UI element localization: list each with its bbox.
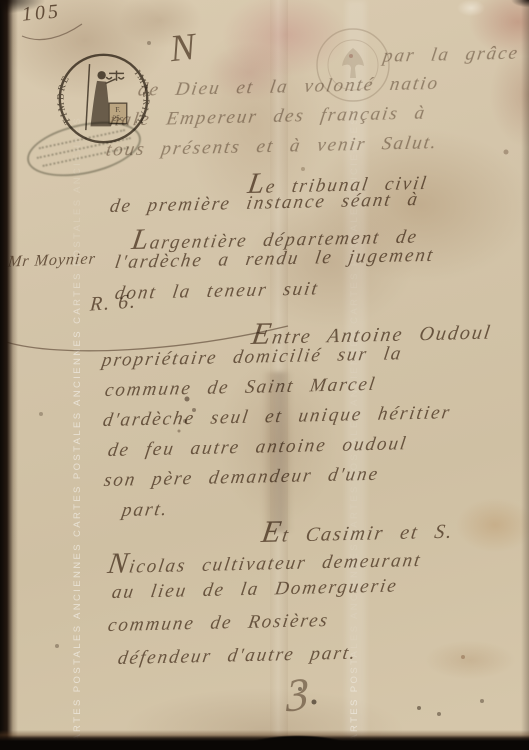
- page-number: 105: [21, 0, 62, 26]
- manuscript-line: part.: [120, 499, 170, 522]
- manuscript-photo: CARTES POSTALES ANCIENNES CARTES POSTALE…: [0, 0, 529, 750]
- timbre-text-left: TIMBRE: [57, 73, 74, 126]
- manuscript-line: dont la teneur suit: [113, 278, 320, 305]
- closing-flourish: 3: [286, 666, 309, 723]
- manuscript-line: par la grâce: [381, 43, 520, 68]
- svg-text:TIMBRE: TIMBRE: [57, 73, 74, 126]
- eagle-icon: [342, 48, 364, 78]
- margin-note-clerk: Mr Moynier: [7, 250, 97, 271]
- manuscript-initial: N: [168, 25, 198, 71]
